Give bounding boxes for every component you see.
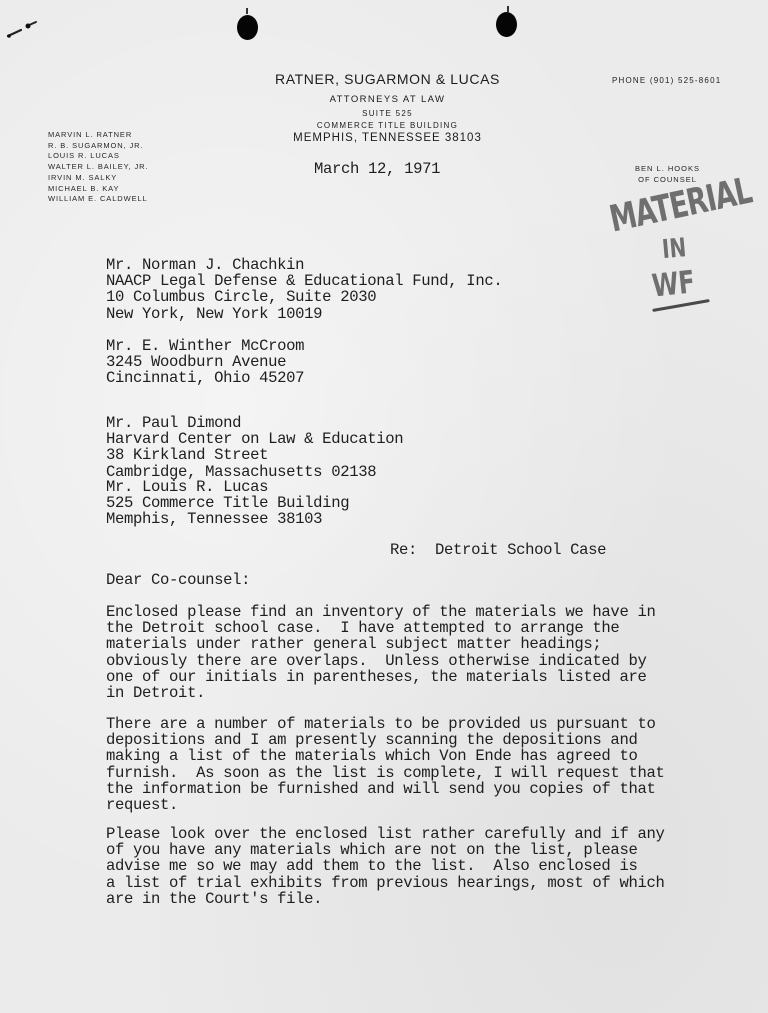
body-paragraph: There are a number of materials to be pr… xyxy=(106,716,664,813)
of-counsel-name: BEN L. HOOKS xyxy=(620,163,715,174)
handwritten-note: MATERIAL IN WF xyxy=(600,192,765,322)
firm-suite: SUITE 525 xyxy=(220,109,555,118)
binder-hole-right xyxy=(496,12,517,37)
binder-hole-left xyxy=(237,15,258,40)
handwritten-line: WF xyxy=(650,264,696,305)
partner-name: MICHAEL B. KAY xyxy=(48,184,148,195)
partner-name: IRVIN M. SALKY xyxy=(48,173,148,184)
recipient-address: Mr. Louis R. Lucas 525 Commerce Title Bu… xyxy=(106,479,349,528)
recipient-address: Mr. E. Winther McCroom 3245 Woodburn Ave… xyxy=(106,338,304,387)
ink-scuff-mark xyxy=(5,17,51,39)
subject-line: Re: Detroit School Case xyxy=(390,542,606,558)
letter-date: March 12, 1971 xyxy=(314,161,440,177)
hole-tear-mark xyxy=(246,8,248,14)
recipient-address: Mr. Norman J. Chachkin NAACP Legal Defen… xyxy=(106,257,502,322)
partner-name: R. B. SUGARMON, JR. xyxy=(48,141,148,152)
partner-name: WILLIAM E. CALDWELL xyxy=(48,194,148,205)
handwritten-line: IN xyxy=(661,231,688,264)
firm-building: COMMERCE TITLE BUILDING xyxy=(220,121,555,130)
salutation: Dear Co-counsel: xyxy=(106,572,250,588)
firm-name: RATNER, SUGARMON & LUCAS xyxy=(220,71,555,87)
hole-tear-mark xyxy=(507,6,509,12)
partner-name: MARVIN L. RATNER xyxy=(48,130,148,141)
firm-subtitle: ATTORNEYS AT LAW xyxy=(220,94,555,105)
partner-list: MARVIN L. RATNER R. B. SUGARMON, JR. LOU… xyxy=(48,130,148,205)
letter-page: RATNER, SUGARMON & LUCAS ATTORNEYS AT LA… xyxy=(0,0,768,1013)
firm-city: MEMPHIS, TENNESSEE 38103 xyxy=(220,132,555,144)
recipient-address: Mr. Paul Dimond Harvard Center on Law & … xyxy=(106,415,403,480)
body-paragraph: Please look over the enclosed list rathe… xyxy=(106,826,664,907)
firm-phone: PHONE (901) 525-8601 xyxy=(612,76,721,85)
body-paragraph: Enclosed please find an inventory of the… xyxy=(106,604,655,701)
partner-name: WALTER L. BAILEY, JR. xyxy=(48,162,148,173)
partner-name: LOUIS R. LUCAS xyxy=(48,151,148,162)
